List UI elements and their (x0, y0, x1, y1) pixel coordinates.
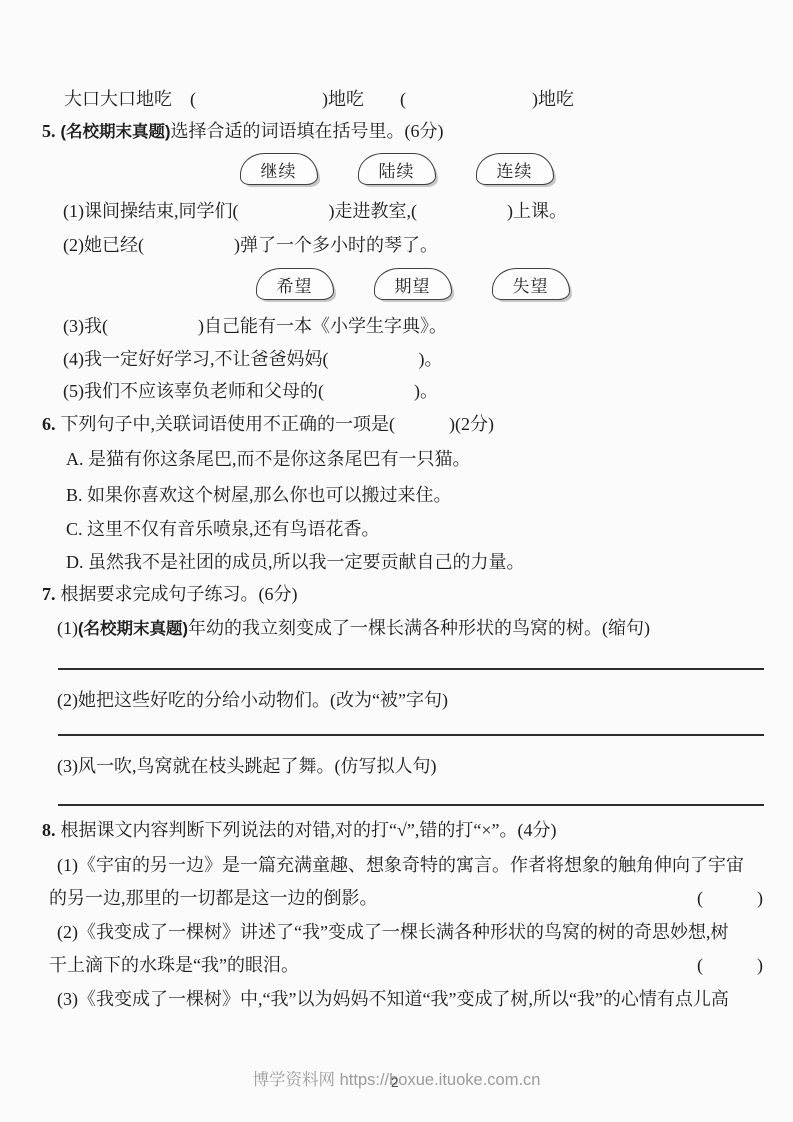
q6-option-b: B. 如果你喜欢这个树屋,那么你也可以搬过来住。 (66, 484, 452, 507)
q6-option-d: D. 虽然我不是社团的成员,所以我一定要贡献自己的力量。 (66, 551, 525, 574)
q6-option-a: A. 是猫有你这条尾巴,而不是你这条尾巴有一只猫。 (66, 448, 471, 471)
word-bank-row-1: 继续 陆续 连续 (0, 153, 793, 185)
word-bubble: 继续 (240, 153, 318, 185)
question-6-number: 6. (42, 414, 56, 434)
q8-item-3-line-1: (3)《我变成了一棵树》中,“我”以为妈妈不知道“我”变成了树,所以“我”的心情… (57, 988, 729, 1011)
q7-item-1-source-tag: (名校期末真题) (78, 620, 188, 638)
worksheet-page: 大口大口地吃 ( )地吃 ( )地吃 5.(名校期末真题)选择合适的词语填在括号… (0, 0, 793, 1122)
word-bubble: 陆续 (358, 153, 436, 185)
q8-item-2-line-2: 干上滴下的水珠是“我”的眼泪。 (49, 954, 299, 977)
intro-fill-line: 大口大口地吃 ( )地吃 ( )地吃 (64, 88, 574, 111)
question-8-header: 8.根据课文内容判断下列说法的对错,对的打“√”,错的打“×”。(4分) (42, 819, 556, 842)
page-number: 2 (391, 1075, 399, 1090)
answer-line (58, 668, 764, 670)
q5-item-1: (1)课间操结束,同学们( )走进教室,( )上课。 (63, 200, 567, 223)
word-bubble: 希望 (256, 268, 334, 300)
word-bank-row-2: 希望 期望 失望 (0, 268, 793, 300)
q7-item-1: (1)(名校期末真题)年幼的我立刻变成了一棵长满各种形状的鸟窝的树。(缩句) (57, 617, 650, 640)
question-8-number: 8. (42, 820, 56, 840)
q7-item-2-label: (2) (57, 690, 78, 710)
q7-item-3-text: 风一吹,鸟窝就在枝头跳起了舞。(仿写拟人句) (78, 756, 437, 776)
question-6-title: 下列句子中,关联词语使用不正确的一项是( )(2分) (61, 414, 494, 434)
q5-item-5: (5)我们不应该辜负老师和父母的( )。 (63, 380, 438, 403)
q8-item-1-line-2: 的另一边,那里的一切都是这一边的倒影。 (49, 887, 378, 910)
q8-item-1-answer-bracket: ( ) (697, 887, 763, 910)
question-5-number: 5. (42, 121, 56, 141)
q8-item-2-answer-bracket: ( ) (697, 954, 763, 977)
answer-line (58, 804, 764, 806)
q8-item-2-line-1: (2)《我变成了一棵树》讲述了“我”变成了一棵长满各种形状的鸟窝的树的奇思妙想,… (57, 921, 728, 944)
question-5-title: 选择合适的词语填在括号里。(6分) (171, 121, 444, 141)
q7-item-1-text: 年幼的我立刻变成了一棵长满各种形状的鸟窝的树。(缩句) (188, 618, 650, 638)
answer-line (58, 734, 764, 736)
q5-item-2: (2)她已经( )弹了一个多小时的琴了。 (63, 234, 438, 257)
q6-option-c: C. 这里不仅有音乐喷泉,还有鸟语花香。 (66, 518, 380, 541)
q7-item-3: (3)风一吹,鸟窝就在枝头跳起了舞。(仿写拟人句) (57, 755, 437, 778)
question-8-title: 根据课文内容判断下列说法的对错,对的打“√”,错的打“×”。(4分) (61, 820, 557, 840)
q7-item-1-label: (1) (57, 618, 78, 638)
question-5-source-tag: (名校期末真题) (61, 123, 171, 141)
q8-item-1-line-1: (1)《宇宙的另一边》是一篇充满童趣、想象奇特的寓言。作者将想象的触角伸向了宇宙 (57, 854, 744, 877)
question-6-header: 6.下列句子中,关联词语使用不正确的一项是( )(2分) (42, 413, 494, 436)
word-bubble: 失望 (492, 268, 570, 300)
q7-item-2: (2)她把这些好吃的分给小动物们。(改为“被”字句) (57, 689, 448, 712)
q7-item-3-label: (3) (57, 756, 78, 776)
word-bubble: 期望 (374, 268, 452, 300)
q7-item-2-text: 她把这些好吃的分给小动物们。(改为“被”字句) (78, 690, 448, 710)
question-5-header: 5.(名校期末真题)选择合适的词语填在括号里。(6分) (42, 120, 444, 143)
question-7-header: 7.根据要求完成句子练习。(6分) (42, 583, 298, 606)
word-bubble: 连续 (476, 153, 554, 185)
q5-item-4: (4)我一定好好学习,不让爸爸妈妈( )。 (63, 348, 442, 371)
q5-item-3: (3)我( )自己能有一本《小学生字典》。 (63, 315, 447, 338)
question-7-title: 根据要求完成句子练习。(6分) (61, 584, 298, 604)
question-7-number: 7. (42, 584, 56, 604)
